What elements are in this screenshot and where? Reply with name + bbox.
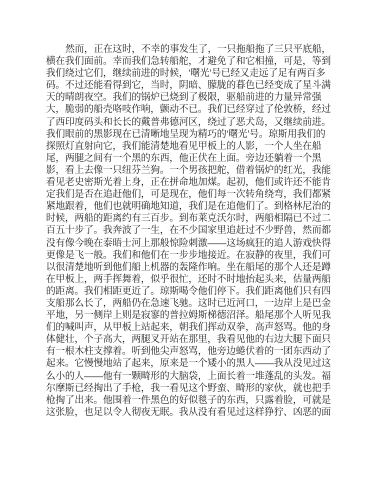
text-line: 我们绕过它们，继续前进的时候，‘曙光’号已经又走远了足有两百多 [46, 68, 331, 80]
text-line: 时候，两船的距离约有三百步。到布莱克沃尔时，两船相隔已不过二 [46, 213, 331, 225]
page-text: 然而，正在这时，不幸的事发生了，一只拖船拖了三只平底船，横在我们面前。幸而我们急… [46, 44, 331, 419]
text-line: 们的喊叫声，从甲板上站起来，朝我们挥动双拳，高声怒骂。他的身 [46, 322, 331, 334]
text-line: 百五十步了。我奔波了一生，在不少国家里追赶过不少野兽，然而都 [46, 225, 331, 237]
text-line: 天的晴朗夜空。我们的锅炉已烧到了极限，驱船前进的力量异常强 [46, 92, 331, 104]
text-line: 这张脸，也足以令人彻夜无眠。我从没有看见过这样狰狞、凶恶的面 [46, 407, 331, 419]
text-line: 有一根木柱支撑着。听到他尖声怒骂，他旁边蜷伏着的一团东西动了 [46, 346, 331, 358]
text-line: 支船那么长了，两船仍在急速飞驰。这时已近河口，一边岸上是巴金 [46, 298, 331, 310]
text-line: 码。不过还能看得到它，当时，阴暗、朦胧的暮色已经变成了星斗满 [46, 80, 331, 92]
text-line: 的距离。我们相距更近了。琼斯喝令他们停下。我们距离他们只有四 [46, 286, 331, 298]
ebook-page: 然而，正在这时，不幸的事发生了，一只拖船拖了三只平底船，横在我们面前。幸而我们急… [0, 0, 370, 480]
text-line: 平地，另一侧岸上则是寂寥的普拉姆斯梯德沼泽。船尾那个人听见我 [46, 310, 331, 322]
text-line: 横在我们面前。幸而我们急转船舵，才避免了和它相撞，可是，等到 [46, 56, 331, 68]
text-line: 定我们是否在追赶他们，可是现在，他们每一次转角绕弯，我们都紧 [46, 189, 331, 201]
text-line: 么小的人——他有一颗畸形的大脑袋，上面长着一堆蓬乱的头发。福 [46, 371, 331, 383]
text-line: 看见老史密斯光着上身，正在拼命地加煤。起初，他们或许还不能肯 [46, 177, 331, 189]
text-line: 紧地跟着，他们也就明确地知道，我们是在追他们了。到格林尼治的 [46, 201, 331, 213]
text-line: 影，看上去像一只纽芬兰狗。一个男孩把舵，借着锅炉的红光，我能 [46, 165, 331, 177]
text-line: 以很清楚地听到他们船上机器的轰隆作响。坐在船尾的那个人还是蹲 [46, 262, 331, 274]
text-line: 探照灯直射向它，我们能清楚地看见甲板上的人影，一个人坐在船 [46, 141, 331, 153]
text-line: 大，脆弱的船壳咯吱作响，颤动不已。我们已经穿过了伦敦桥，经过 [46, 104, 331, 116]
text-line: 我们眼前的黑影现在已清晰地呈现为精巧的‘曙光’号。琼斯用我们的 [46, 129, 331, 141]
text-line: 在甲板上，两手挥舞着，似乎很忙，还时不时地抬起头来，估量两船 [46, 274, 331, 286]
text-line: 没有像今晚在泰晤士河上那般惊险刺激——这场疯狂的追人游戏快得 [46, 238, 331, 250]
text-line: 更像是飞一般。我们和他们在一步步地接近。在寂静的夜里，我们可 [46, 250, 331, 262]
text-line: 尾，两腿之间有一个黑的东西，他正伏在上面。旁边还躺着一个黑 [46, 153, 331, 165]
text-line: 尔摩斯已经掏出了手枪，我一看见这个野蛮、畸形的家伙，就也把手 [46, 383, 331, 395]
text-line: 枪掏了出来。他围着一件黑色的好似毯子的东西，只露着脸，可就是 [46, 395, 331, 407]
text-line: 起来。它慢慢地站了起来，原来是一个矮小的黑人——我从没见过这 [46, 358, 331, 370]
text-line: 然而，正在这时，不幸的事发生了，一只拖船拖了三只平底船， [46, 44, 331, 56]
text-line: 了西印度码头和长长的戴普弗德河区，绕过了恶犬岛，又继续前进。 [46, 117, 331, 129]
text-line: 体健壮，个子高大，两腿叉开站在那里，我看见他的右边大腿下面只 [46, 334, 331, 346]
